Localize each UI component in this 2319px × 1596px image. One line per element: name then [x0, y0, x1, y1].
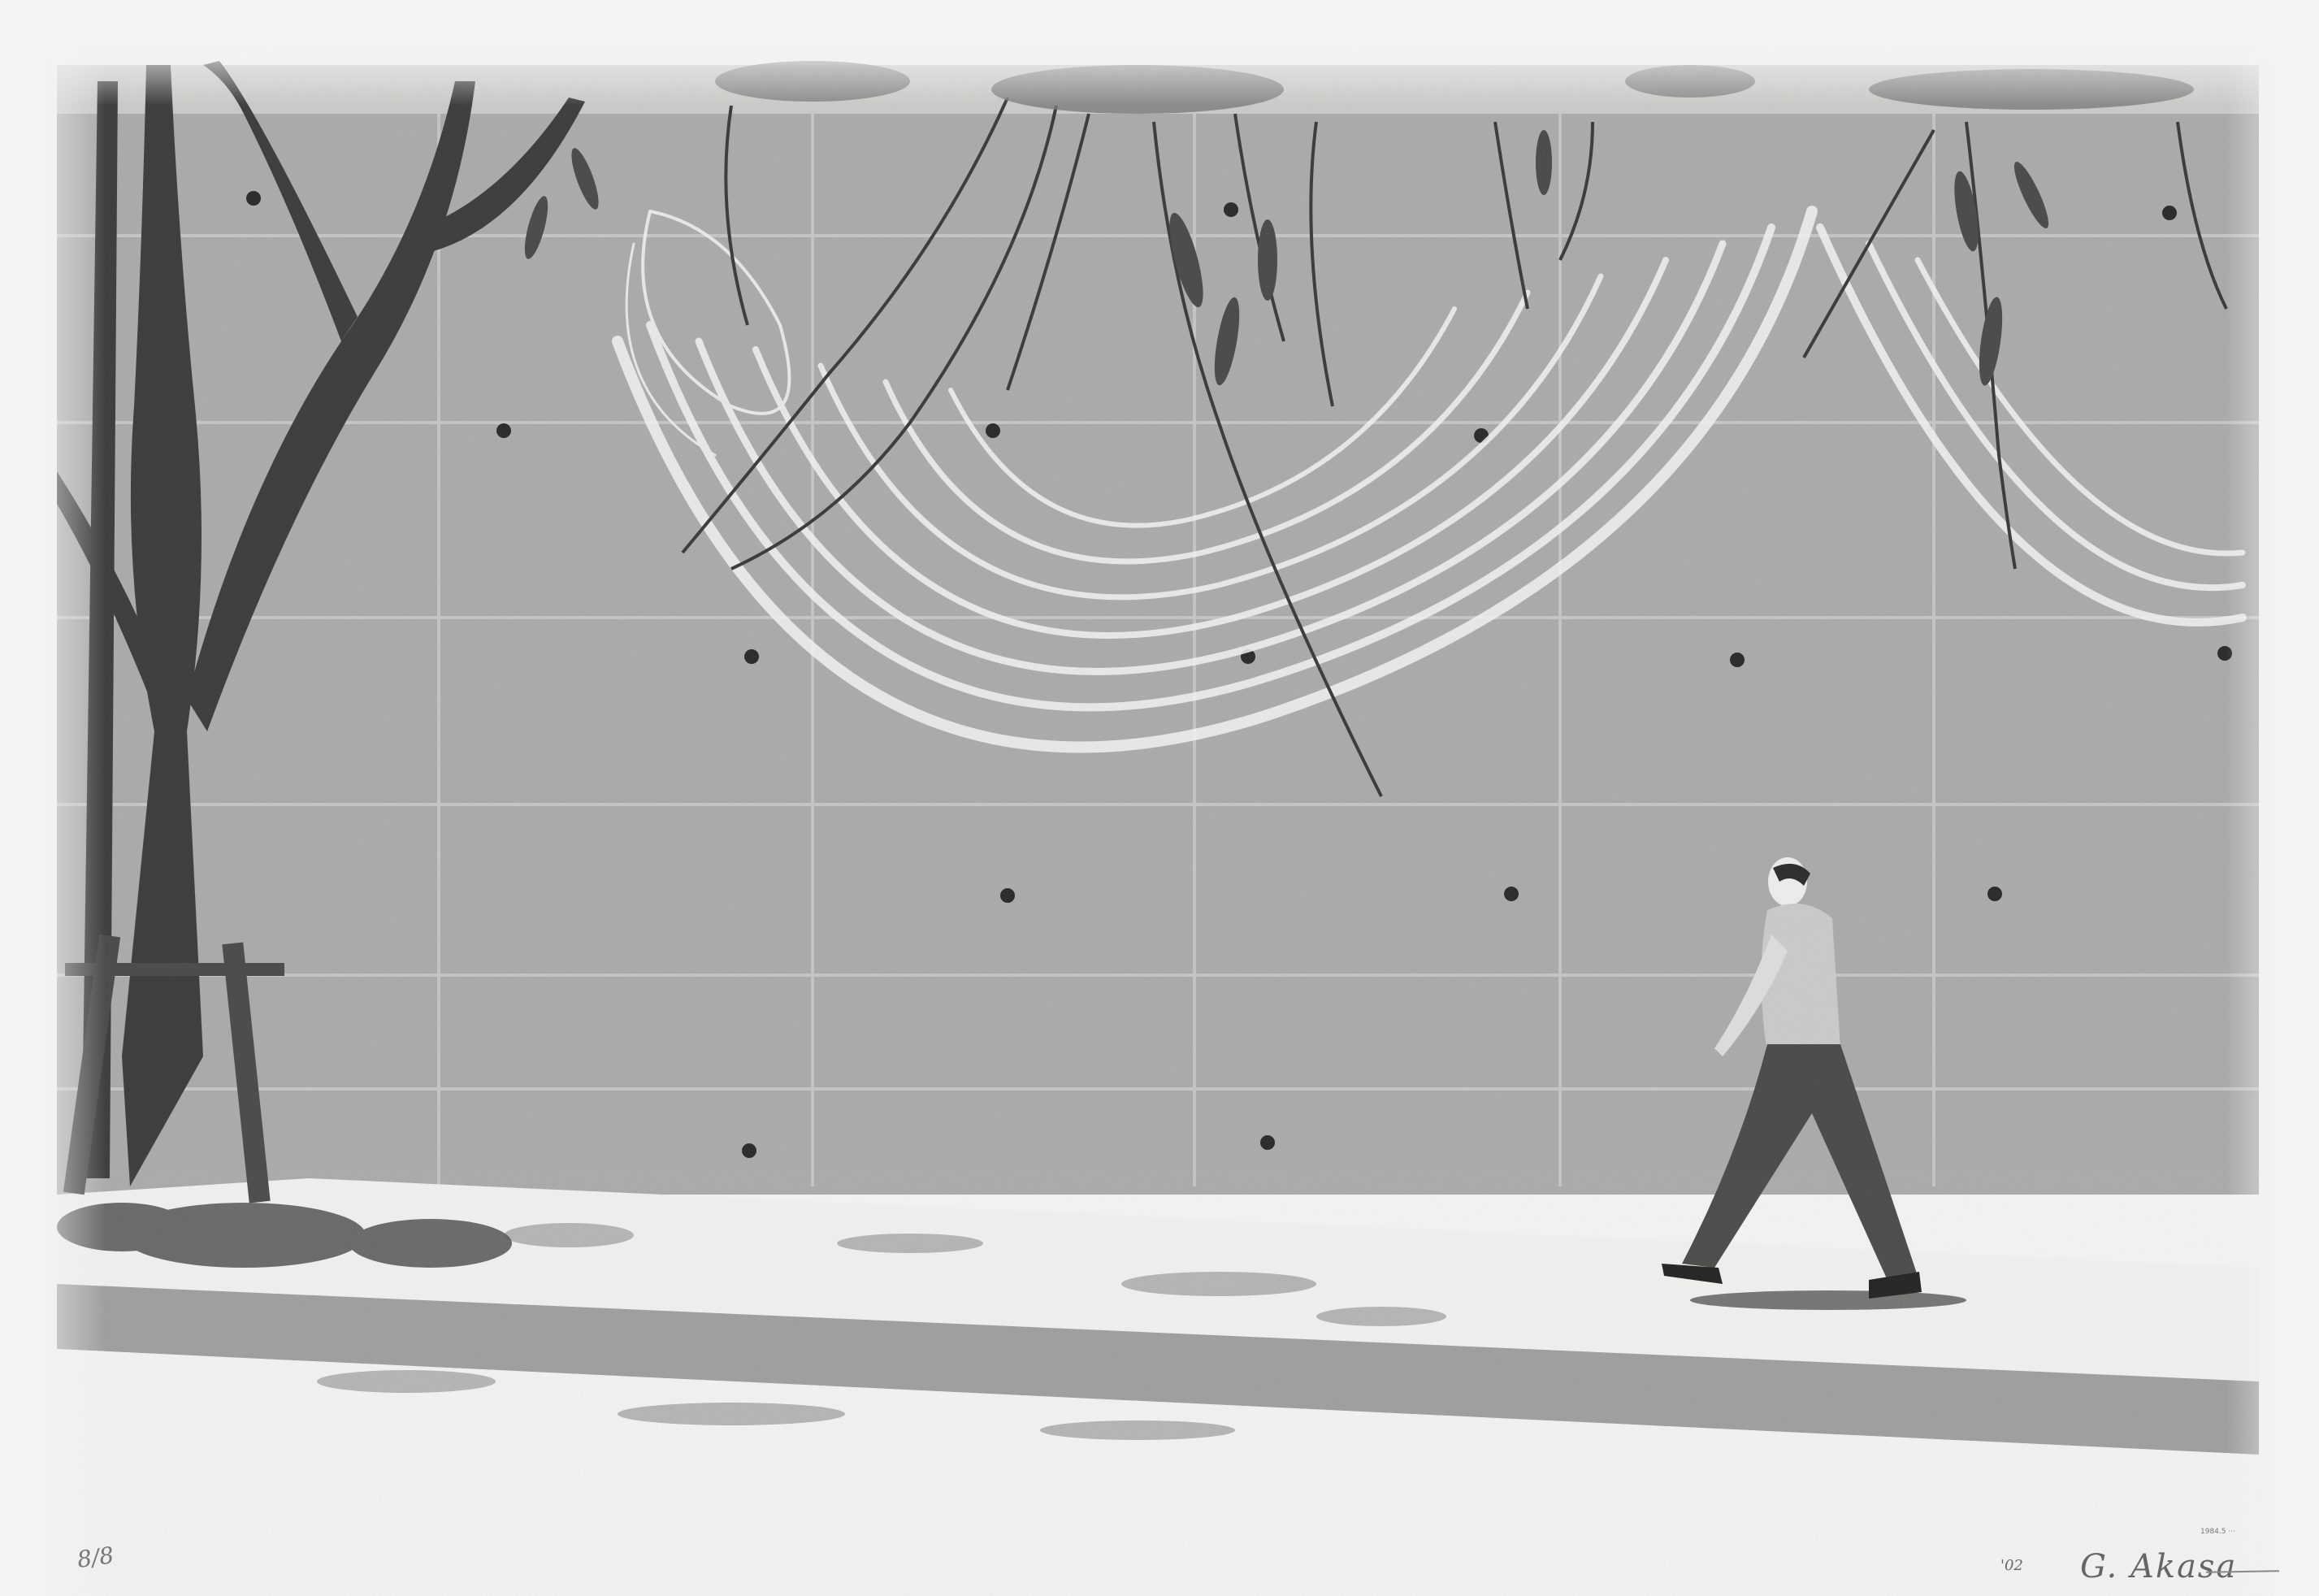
edition-number: 8/8	[76, 1542, 115, 1573]
artist-signature: G. Akasa	[2080, 1548, 2237, 1585]
photograph	[0, 0, 2319, 1596]
year-mark: '02	[2000, 1557, 2023, 1574]
date-stamp: 1984.5 ···	[2200, 1528, 2235, 1536]
